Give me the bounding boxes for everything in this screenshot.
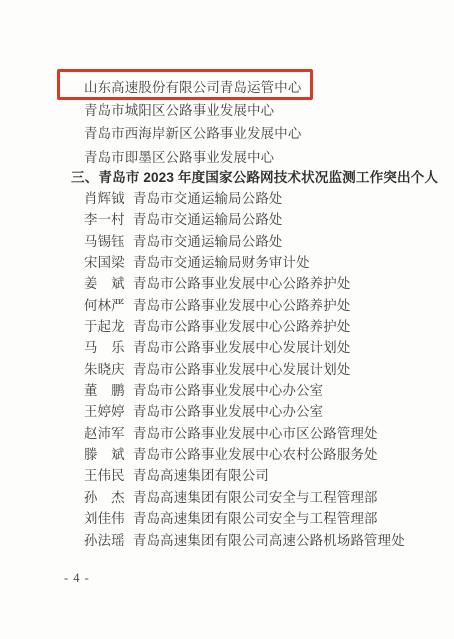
person-name: 朱晓庆 <box>84 359 133 380</box>
list-item: 肖辉钺 青岛市交通运输局公路处 <box>84 188 405 209</box>
list-item: 宋国梁 青岛市交通运输局财务审计处 <box>84 252 405 273</box>
person-org: 青岛市交通运输局公路处 <box>133 188 283 209</box>
individuals-list: 肖辉钺 青岛市交通运输局公路处 李一村 青岛市交通运输局公路处 马锡钰 青岛市交… <box>84 188 405 551</box>
person-org: 青岛市交通运输局公路处 <box>133 209 283 230</box>
list-item: 王婷婷 青岛市公路事业发展中心办公室 <box>84 401 405 422</box>
list-item: 朱晓庆 青岛市公路事业发展中心发展计划处 <box>84 359 405 380</box>
person-org: 青岛高速集团有限公司安全与工程管理部 <box>133 508 378 529</box>
person-org: 青岛市公路事业发展中心农村公路服务处 <box>133 444 378 465</box>
person-name: 何林严 <box>84 295 133 316</box>
person-org: 青岛市交通运输局财务审计处 <box>133 252 310 273</box>
page-number: - 4 - <box>64 571 90 586</box>
person-name: 赵沛军 <box>84 423 133 444</box>
person-org: 青岛市公路事业发展中心发展计划处 <box>133 337 350 358</box>
person-name: 肖辉钺 <box>84 188 133 209</box>
org-item: 青岛市城阳区公路事业发展中心 <box>84 99 301 122</box>
person-org: 青岛市公路事业发展中心公路养护处 <box>133 273 350 294</box>
person-name: 姜 斌 <box>84 273 133 294</box>
person-org: 青岛高速集团有限公司安全与工程管理部 <box>133 487 378 508</box>
list-item: 王伟民 青岛高速集团有限公司 <box>84 465 405 486</box>
org-item: 青岛市西海岸新区公路事业发展中心 <box>84 122 301 145</box>
person-name: 王婷婷 <box>84 401 133 422</box>
org-list: 山东高速股份有限公司青岛运管中心 青岛市城阳区公路事业发展中心 青岛市西海岸新区… <box>84 76 301 169</box>
person-org: 青岛市公路事业发展中心公路养护处 <box>133 316 350 337</box>
list-item: 马锡钰 青岛市交通运输局公路处 <box>84 231 405 252</box>
list-item: 李一村 青岛市交通运输局公路处 <box>84 209 405 230</box>
person-name: 孙法瑶 <box>84 530 133 551</box>
list-item: 董 鹏 青岛市公路事业发展中心办公室 <box>84 380 405 401</box>
person-org: 青岛市公路事业发展中心市区公路管理处 <box>133 423 378 444</box>
list-item: 马 乐 青岛市公路事业发展中心发展计划处 <box>84 337 405 358</box>
list-item: 孙 杰 青岛高速集团有限公司安全与工程管理部 <box>84 487 405 508</box>
list-item: 赵沛军 青岛市公路事业发展中心市区公路管理处 <box>84 423 405 444</box>
section-heading: 三、青岛市 2023 年度国家公路网技术状况监测工作突出个人 <box>71 166 438 186</box>
person-org: 青岛高速集团有限公司 <box>133 465 269 486</box>
person-org: 青岛高速集团有限公司高速公路机场路管理处 <box>133 530 405 551</box>
list-item: 于起龙 青岛市公路事业发展中心公路养护处 <box>84 316 405 337</box>
person-name: 滕 斌 <box>84 444 133 465</box>
person-name: 王伟民 <box>84 465 133 486</box>
person-org: 青岛市公路事业发展中心发展计划处 <box>133 359 350 380</box>
list-item: 孙法瑶 青岛高速集团有限公司高速公路机场路管理处 <box>84 530 405 551</box>
person-name: 宋国梁 <box>84 252 133 273</box>
list-item: 滕 斌 青岛市公路事业发展中心农村公路服务处 <box>84 444 405 465</box>
person-name: 马锡钰 <box>84 231 133 252</box>
list-item: 何林严 青岛市公路事业发展中心公路养护处 <box>84 295 405 316</box>
person-name: 马 乐 <box>84 337 133 358</box>
person-org: 青岛市公路事业发展中心办公室 <box>133 401 323 422</box>
list-item: 姜 斌 青岛市公路事业发展中心公路养护处 <box>84 273 405 294</box>
person-name: 于起龙 <box>84 316 133 337</box>
person-name: 刘佳伟 <box>84 508 133 529</box>
person-name: 孙 杰 <box>84 487 133 508</box>
document-page: 山东高速股份有限公司青岛运管中心 青岛市城阳区公路事业发展中心 青岛市西海岸新区… <box>0 0 454 639</box>
person-org: 青岛市公路事业发展中心公路养护处 <box>133 295 350 316</box>
org-item: 山东高速股份有限公司青岛运管中心 <box>84 76 301 99</box>
person-org: 青岛市公路事业发展中心办公室 <box>133 380 323 401</box>
person-name: 李一村 <box>84 209 133 230</box>
list-item: 刘佳伟 青岛高速集团有限公司安全与工程管理部 <box>84 508 405 529</box>
person-name: 董 鹏 <box>84 380 133 401</box>
person-org: 青岛市交通运输局公路处 <box>133 231 283 252</box>
